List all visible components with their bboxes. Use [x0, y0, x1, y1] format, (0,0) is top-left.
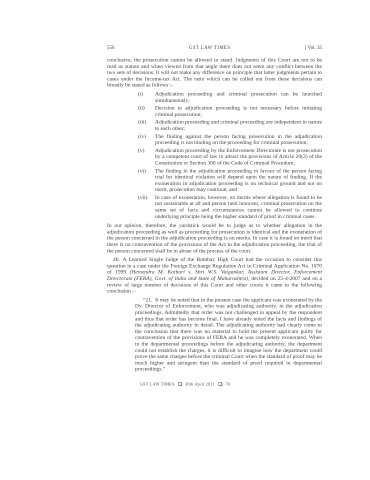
ruling-number: (v): [138, 147, 155, 166]
ruling-text: Adjudication proceeding and criminal pro…: [155, 91, 322, 104]
ruling-number: (vi): [138, 168, 155, 193]
page-header: 556 GST LAW TIMES [ Vol. 35: [107, 45, 322, 51]
ruling-number: (vii): [138, 194, 155, 219]
paragraph-46: 46. A Learned Single Judge of the Bombay…: [107, 257, 322, 295]
volume-label: [ Vol. 35: [305, 45, 322, 51]
ruling-text: The finding against the person facing pr…: [155, 133, 322, 146]
square-separator-icon: [218, 382, 222, 386]
ruling-item: (v)Adjudication proceeding by the Enforc…: [107, 147, 322, 166]
ruling-item: (iii)Adjudication proceeding and crimina…: [107, 119, 322, 132]
paragraph-opinion: In our opinion, therefore, the yardstick…: [107, 223, 322, 254]
ruling-text: The finding in the adjudication proceedi…: [155, 168, 322, 193]
page-number: 556: [107, 45, 115, 51]
rulings-list: (i)Adjudication proceeding and criminal …: [107, 91, 322, 220]
ruling-number: (iii): [138, 119, 155, 132]
ruling-text: Adjudication proceeding and criminal pro…: [155, 119, 322, 132]
ruling-item: (vi)The finding in the adjudication proc…: [107, 168, 322, 193]
paragraph-continuation: conclusive, the prosecution cannot be al…: [107, 57, 322, 88]
footer-journal-title: GST LAW TIMES: [140, 381, 175, 386]
footer-page-number: 70: [225, 381, 230, 386]
journal-title: GST LAW TIMES: [189, 46, 231, 51]
ruling-item: (vii)In case of exoneration, however, on…: [107, 194, 322, 219]
ruling-text: Adjudication proceeding by the Enforceme…: [155, 147, 322, 166]
footer-date: 30th April 2021: [185, 381, 215, 386]
ruling-item: (i)Adjudication proceeding and criminal …: [107, 91, 322, 104]
square-separator-icon: [178, 382, 182, 386]
ruling-item: (iv)The finding against the person facin…: [107, 133, 322, 146]
document-page: 556 GST LAW TIMES [ Vol. 35 conclusive, …: [0, 0, 370, 480]
ruling-item: (ii)Decision in adjudication proceeding …: [107, 105, 322, 118]
ruling-number: (iv): [138, 133, 155, 146]
ruling-text: In case of exoneration, however, on meri…: [155, 194, 322, 219]
ruling-number: (ii): [138, 105, 155, 118]
page-footer: GST LAW TIMES 30th April 2021 70: [0, 381, 370, 386]
quoted-paragraph-21: “21. It may be noted that in the present…: [135, 297, 322, 373]
ruling-text: Decision in adjudication proceeding is n…: [155, 105, 322, 118]
page-sheet: 556 GST LAW TIMES [ Vol. 35 conclusive, …: [0, 0, 370, 480]
ruling-number: (i): [138, 91, 155, 104]
